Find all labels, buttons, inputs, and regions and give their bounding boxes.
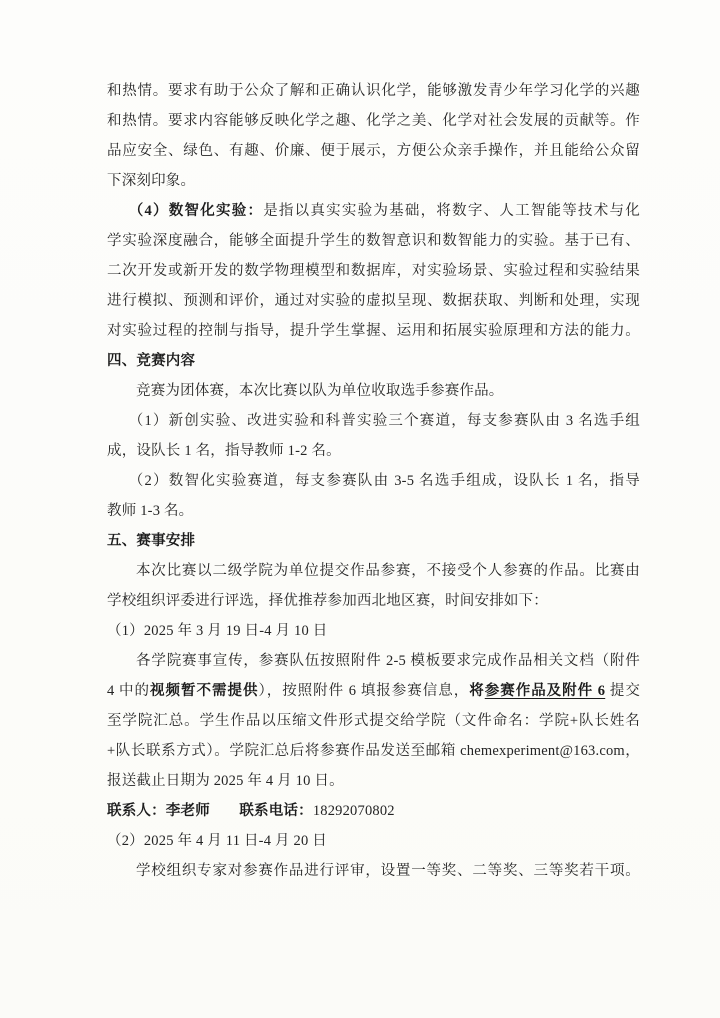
text-segment: 参赛作品及附件 6 — [485, 683, 605, 699]
text-segment: 成，设队长 1 名，指导教师 1-2 名。 — [107, 443, 341, 459]
text-segment: 二次开发或新开发的数学物理模型和数据库，对实验场景、实验过程和实验结果 — [107, 263, 640, 279]
text-segment: 学校组织专家对参赛作品进行评审，设置一等奖、二等奖、三等奖若干项。 — [136, 863, 640, 879]
text-line: （2）数智化实验赛道，每支参赛队由 3-5 名选手组成，设队长 1 名，指导 — [107, 466, 640, 496]
text-line: 和热情。要求有助于公众了解和正确认识化学，能够激发青少年学习化学的兴趣 — [107, 76, 640, 106]
text-segment: 学实验深度融合，能够全面提升学生的数智意识和数智能力的实验。基于已有、 — [107, 233, 640, 249]
text-segment: 各学院赛事宣传，参赛队伍按照附件 2-5 模板要求完成作品相关文档（附件 — [136, 653, 640, 669]
text-line: 和热情。要求内容能够反映化学之趣、化学之美、化学对社会发展的贡献等。作 — [107, 106, 640, 136]
text-segment: 学校组织评委进行评选，择优推荐参加西北地区赛，时间安排如下： — [107, 593, 548, 609]
text-line: 学实验深度融合，能够全面提升学生的数智意识和数智能力的实验。基于已有、 — [107, 226, 640, 256]
text-segment: 至学院汇总。学生作品以压缩文件形式提交给学院（文件命名：学院+队长姓名 — [107, 713, 640, 729]
text-segment — [210, 803, 239, 819]
text-segment: 教师 1-3 名。 — [107, 503, 193, 519]
text-line: （1）新创实验、改进实验和科普实验三个赛道，每支参赛队由 3 名选手组 — [107, 406, 640, 436]
text-segment: 提交 — [605, 683, 640, 699]
text-line: 教师 1-3 名。 — [107, 496, 640, 526]
text-line: 学校组织评委进行评选，择优推荐参加西北地区赛，时间安排如下： — [107, 586, 640, 616]
text-segment: （4）数智化实验： — [129, 203, 263, 219]
text-segment: 报送截止日期为 2025 年 4 月 10 日。 — [107, 773, 344, 789]
text-segment: 竞赛为团体赛，本次比赛以队为单位收取选手参赛作品。 — [136, 383, 504, 399]
text-line: 至学院汇总。学生作品以压缩文件形式提交给学院（文件命名：学院+队长姓名 — [107, 706, 640, 736]
text-segment: 对实验过程的控制与指导，提升学生掌握、运用和拓展实验原理和方法的能力。 — [107, 323, 640, 339]
text-segment: （2）2025 年 4 月 11 日-4 月 20 日 — [107, 833, 327, 849]
text-segment: 将 — [469, 683, 485, 699]
text-line: 下深刻印象。 — [107, 166, 640, 196]
text-line: 4 中的视频暂不需提供），按照附件 6 填报参赛信息，将参赛作品及附件 6 提交 — [107, 676, 640, 706]
text-segment: 四、竞赛内容 — [107, 353, 195, 369]
text-segment: 18292070802 — [313, 803, 395, 819]
text-segment: 4 中的 — [107, 683, 150, 699]
text-line: 报送截止日期为 2025 年 4 月 10 日。 — [107, 766, 640, 796]
text-line: 各学院赛事宣传，参赛队伍按照附件 2-5 模板要求完成作品相关文档（附件 — [107, 646, 640, 676]
text-segment: 是指以真实实验为基础，将数字、人工智能等技术与化 — [263, 203, 640, 219]
text-segment: 进行模拟、预测和评价，通过对实验的虚拟呈现、数据获取、判断和处理，实现 — [107, 293, 640, 309]
text-line: 本次比赛以二级学院为单位提交作品参赛，不接受个人参赛的作品。比赛由 — [107, 556, 640, 586]
text-line: 学校组织专家对参赛作品进行评审，设置一等奖、二等奖、三等奖若干项。 — [107, 856, 640, 886]
text-segment: 本次比赛以二级学院为单位提交作品参赛，不接受个人参赛的作品。比赛由 — [136, 563, 640, 579]
text-segment: 和热情。要求内容能够反映化学之趣、化学之美、化学对社会发展的贡献等。作 — [107, 113, 640, 129]
text-line: （1）2025 年 3 月 19 日-4 月 10 日 — [107, 616, 640, 646]
text-line: 二次开发或新开发的数学物理模型和数据库，对实验场景、实验过程和实验结果 — [107, 256, 640, 286]
text-line: 联系人：李老师 联系电话：18292070802 — [107, 796, 640, 826]
text-line: 成，设队长 1 名，指导教师 1-2 名。 — [107, 436, 640, 466]
text-line: （4）数智化实验：是指以真实实验为基础，将数字、人工智能等技术与化 — [107, 196, 640, 226]
document-page: 和热情。要求有助于公众了解和正确认识化学，能够激发青少年学习化学的兴趣和热情。要… — [0, 0, 720, 1018]
section-heading: 五、赛事安排 — [107, 526, 640, 556]
text-segment: （1）新创实验、改进实验和科普实验三个赛道，每支参赛队由 3 名选手组 — [129, 413, 640, 429]
text-line: 品应安全、绿色、有趣、价廉、便于展示，方便公众亲手操作，并且能给公众留 — [107, 136, 640, 166]
document-body: 和热情。要求有助于公众了解和正确认识化学，能够激发青少年学习化学的兴趣和热情。要… — [107, 76, 640, 886]
text-segment: 联系电话： — [239, 803, 313, 819]
text-segment: 品应安全、绿色、有趣、价廉、便于展示，方便公众亲手操作，并且能给公众留 — [107, 143, 640, 159]
text-segment: 联系人：李老师 — [107, 803, 210, 819]
text-segment: 视频暂不需提供 — [150, 683, 258, 699]
text-segment: +队长联系方式）。学院汇总后将参赛作品发送至邮箱 chemexperiment@… — [107, 743, 640, 759]
text-segment: （1）2025 年 3 月 19 日-4 月 10 日 — [107, 623, 327, 639]
text-segment: ），按照附件 6 填报参赛信息， — [258, 683, 469, 699]
text-line: 对实验过程的控制与指导，提升学生掌握、运用和拓展实验原理和方法的能力。 — [107, 316, 640, 346]
text-line: （2）2025 年 4 月 11 日-4 月 20 日 — [107, 826, 640, 856]
text-line: +队长联系方式）。学院汇总后将参赛作品发送至邮箱 chemexperiment@… — [107, 736, 640, 766]
section-heading: 四、竞赛内容 — [107, 346, 640, 376]
text-line: 竞赛为团体赛，本次比赛以队为单位收取选手参赛作品。 — [107, 376, 640, 406]
text-segment: （2）数智化实验赛道，每支参赛队由 3-5 名选手组成，设队长 1 名，指导 — [129, 473, 640, 489]
text-segment: 五、赛事安排 — [107, 533, 195, 549]
text-segment: 和热情。要求有助于公众了解和正确认识化学，能够激发青少年学习化学的兴趣 — [107, 83, 640, 99]
text-line: 进行模拟、预测和评价，通过对实验的虚拟呈现、数据获取、判断和处理，实现 — [107, 286, 640, 316]
text-segment: 下深刻印象。 — [107, 173, 195, 189]
